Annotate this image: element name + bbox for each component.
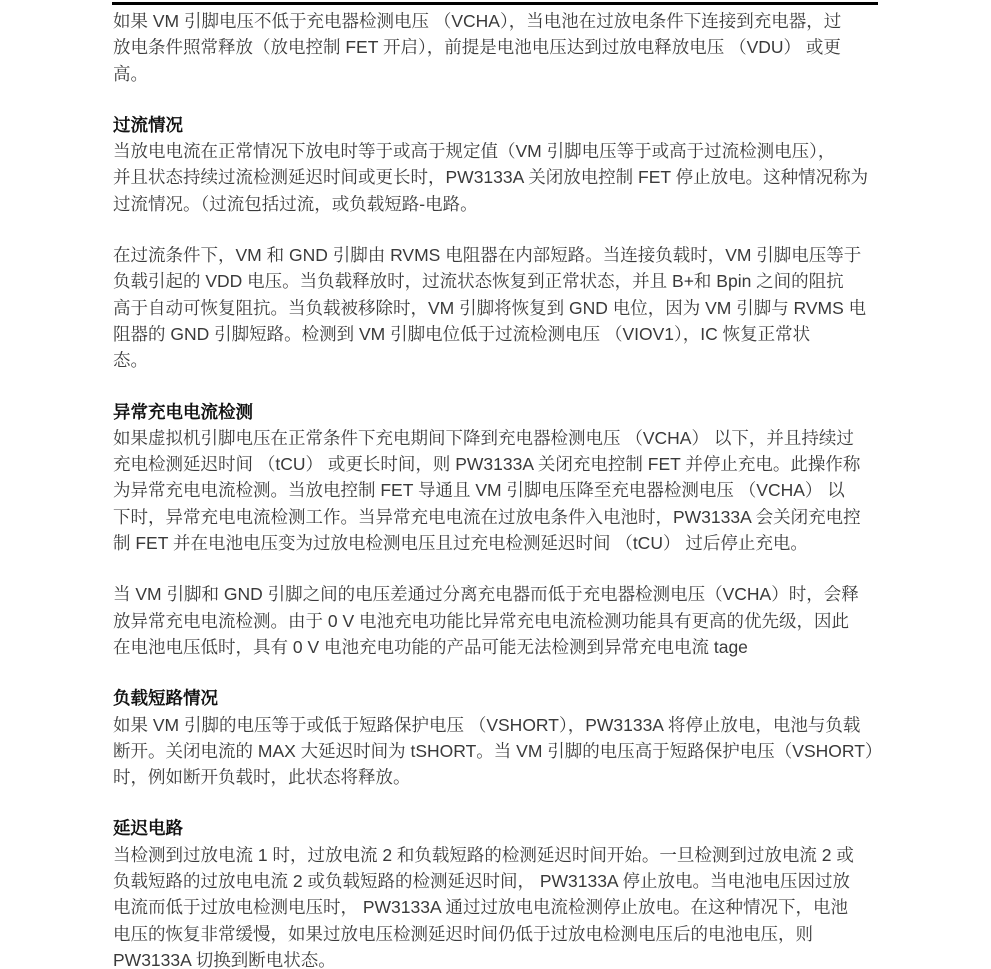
section-heading: 异常充电电流检测 (113, 399, 879, 425)
paragraph: 当检测到过放电流 1 时，过放电流 2 和负载短路的检测延迟时间开始。一旦检测到… (113, 842, 879, 969)
document-page: 如果 VM 引脚电压不低于充电器检测电压 （VCHA），当电池在过放电条件下连接… (0, 0, 991, 969)
text-line: 断开。关闭电流的 MAX 大延迟时间为 tSHORT。当 VM 引脚的电压高于短… (113, 738, 879, 764)
text-line: 放电条件照常释放（放电控制 FET 开启），前提是电池电压达到过放电释放电压 （… (113, 34, 879, 60)
text-line: 阻器的 GND 引脚短路。检测到 VM 引脚电位低于过流检测电压 （VIOV1）… (113, 321, 879, 347)
paragraph: 如果 VM 引脚的电压等于或低于短路保护电压 （VSHORT），PW3133A … (113, 712, 879, 791)
text-line: 如果虚拟机引脚电压在正常条件下充电期间下降到充电器检测电压 （VCHA） 以下，… (113, 425, 879, 451)
paragraph: 如果虚拟机引脚电压在正常条件下充电期间下降到充电器检测电压 （VCHA） 以下，… (113, 425, 879, 556)
text-line: 时，例如断开负载时，此状态将释放。 (113, 764, 879, 790)
text-line: 当 VM 引脚和 GND 引脚之间的电压差通过分离充电器而低于充电器检测电压（V… (113, 581, 879, 607)
paragraph: 当放电电流在正常情况下放电时等于或高于规定值（VM 引脚电压等于或高于过流检测电… (113, 138, 879, 217)
text-line: 放异常充电电流检测。由于 0 V 电池充电功能比异常充电电流检测功能具有更高的优… (113, 608, 879, 634)
text-line: 制 FET 并在电池电压变为过放电检测电压且过充电检测延迟时间 （tCU） 过后… (113, 530, 879, 556)
section-heading: 延迟电路 (113, 815, 879, 841)
text-line: 下时，异常充电电流检测工作。当异常充电电流在过放电条件入电池时，PW3133A … (113, 504, 879, 530)
text-line: 电压的恢复非常缓慢，如果过放电压检测延迟时间仍低于过放电检测电压后的电池电压，则 (113, 921, 879, 947)
text-line: 充电检测延迟时间 （tCU） 或更长时间，则 PW3133A 关闭充电控制 FE… (113, 451, 879, 477)
text-line: 当检测到过放电流 1 时，过放电流 2 和负载短路的检测延迟时间开始。一旦检测到… (113, 842, 879, 868)
text-line: 态。 (113, 347, 879, 373)
text-line: 过流情况。（过流包括过流，或负载短路-电路。 (113, 191, 879, 217)
text-line: 并且状态持续过流检测延迟时间或更长时，PW3133A 关闭放电控制 FET 停止… (113, 164, 879, 190)
text-line: 在电池电压低时，具有 0 V 电池充电功能的产品可能无法检测到异常充电电流 ta… (113, 634, 879, 660)
text-line: 如果 VM 引脚电压不低于充电器检测电压 （VCHA），当电池在过放电条件下连接… (113, 8, 879, 34)
text-line: 电流而低于过放电检测电压时， PW3133A 通过过放电电流检测停止放电。在这种… (113, 894, 879, 920)
text-line: 当放电电流在正常情况下放电时等于或高于规定值（VM 引脚电压等于或高于过流检测电… (113, 138, 879, 164)
section-heading: 负载短路情况 (113, 685, 879, 711)
text-line: 为异常充电电流检测。当放电控制 FET 导通且 VM 引脚电压降至充电器检测电压… (113, 477, 879, 503)
paragraph: 如果 VM 引脚电压不低于充电器检测电压 （VCHA），当电池在过放电条件下连接… (113, 8, 879, 87)
paragraph: 当 VM 引脚和 GND 引脚之间的电压差通过分离充电器而低于充电器检测电压（V… (113, 581, 879, 660)
document-content: 如果 VM 引脚电压不低于充电器检测电压 （VCHA），当电池在过放电条件下连接… (113, 5, 879, 969)
text-line: 高于自动可恢复阻抗。当负载被移除时，VM 引脚将恢复到 GND 电位，因为 VM… (113, 295, 879, 321)
text-line: 如果 VM 引脚的电压等于或低于短路保护电压 （VSHORT），PW3133A … (113, 712, 879, 738)
text-line: 负载引起的 VDD 电压。当负载释放时，过流状态恢复到正常状态，并且 B+和 B… (113, 268, 879, 294)
paragraph: 在过流条件下，VM 和 GND 引脚由 RVMS 电阻器在内部短路。当连接负载时… (113, 242, 879, 373)
section-heading: 过流情况 (113, 112, 879, 138)
text-line: PW3133A 切换到断电状态。 (113, 947, 879, 969)
text-line: 负载短路的过放电电流 2 或负载短路的检测延迟时间， PW3133A 停止放电。… (113, 868, 879, 894)
text-line: 在过流条件下，VM 和 GND 引脚由 RVMS 电阻器在内部短路。当连接负载时… (113, 242, 879, 268)
text-line: 高。 (113, 61, 879, 87)
